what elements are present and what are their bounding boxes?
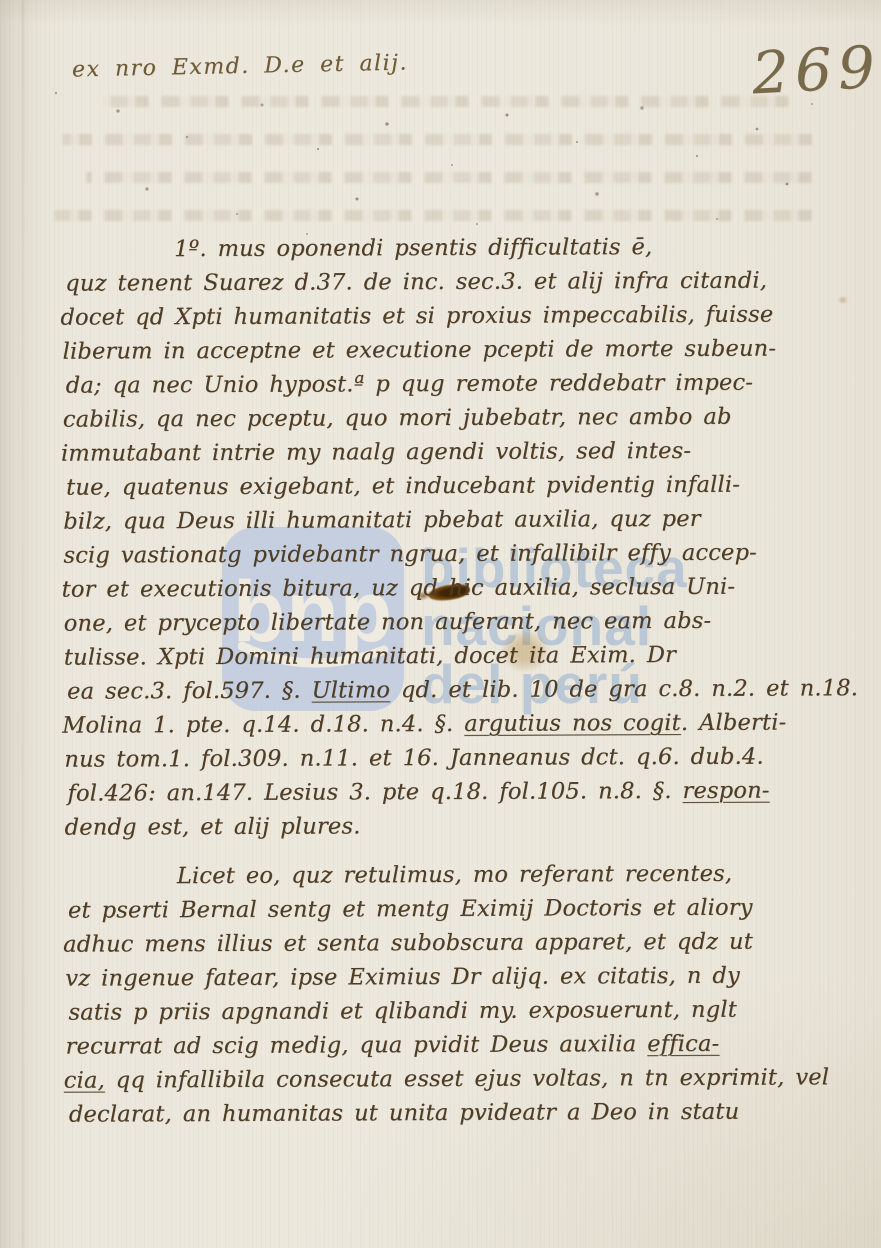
manuscript-line: nus tom.1. fol.309. n.11. et 16. Jannean… bbox=[64, 739, 820, 776]
manuscript-line: tor et executionis bitura, uz qd hic aux… bbox=[62, 569, 820, 606]
underlined-phrase: Ultimo bbox=[312, 677, 391, 703]
manuscript-text: 1º. mus oponendi psentis difficultatis ē… bbox=[62, 229, 822, 1131]
bleedthrough-line bbox=[86, 172, 811, 183]
edge-stain bbox=[838, 296, 848, 304]
header-note: ex nro Exmd. D.e et alij. bbox=[72, 50, 408, 82]
underlined-phrase: cia, bbox=[64, 1067, 105, 1093]
manuscript-page: bnp biblioteca nacional del perú ex nro … bbox=[0, 0, 881, 1248]
manuscript-line: 1º. mus oponendi psentis difficultatis ē… bbox=[62, 229, 818, 266]
folio-number: 269 bbox=[750, 33, 881, 108]
manuscript-line: adhuc mens illius et senta subobscura ap… bbox=[63, 924, 821, 961]
manuscript-line: da; qa nec Unio hypost.ª p qug remote re… bbox=[66, 365, 819, 402]
underlined-phrase: effica- bbox=[647, 1031, 719, 1057]
manuscript-line: immutabant intrie my naalg agendi voltis… bbox=[61, 433, 819, 470]
manuscript-line: quz tenent Suarez d.37. de inc. sec.3. e… bbox=[65, 263, 818, 300]
manuscript-line: one, et prycepto libertate non auferant,… bbox=[64, 603, 820, 640]
bleedthrough-line bbox=[55, 210, 812, 221]
underlined-phrase: argutius nos cogit bbox=[464, 710, 681, 737]
manuscript-line: tulisse. Xpti Domini humanitati, docet i… bbox=[64, 637, 820, 674]
bleedthrough-line bbox=[102, 96, 788, 107]
manuscript-line: liberum in acceptne et executione pcepti… bbox=[62, 331, 818, 368]
manuscript-line: vz ingenue fatear, ipse Eximius Dr alijq… bbox=[65, 958, 821, 995]
bleedthrough-text-block bbox=[55, 92, 835, 252]
manuscript-line: docet qd Xpti humanitatis et si proxius … bbox=[60, 297, 818, 334]
manuscript-line: cia, qq infallibila consecuta esset ejus… bbox=[64, 1060, 822, 1097]
manuscript-line: recurrat ad scig medig, qua pvidit Deus … bbox=[66, 1026, 822, 1063]
manuscript-line: dendg est, et alij plures. bbox=[65, 807, 821, 844]
manuscript-line: et pserti Bernal sentg et mentg Eximij D… bbox=[68, 890, 821, 927]
manuscript-line: Licet eo, quz retulimus, mo referant rec… bbox=[65, 856, 821, 893]
paper-fold-line bbox=[22, 0, 24, 1248]
ink-specks bbox=[55, 92, 57, 94]
bleedthrough-line bbox=[63, 134, 812, 145]
underlined-phrase: respon- bbox=[682, 778, 769, 804]
manuscript-line: satis p priis apgnandi et qlibandi my. e… bbox=[68, 992, 821, 1029]
manuscript-line: bilz, qua Deus illi humanitati pbebat au… bbox=[63, 501, 819, 538]
manuscript-line: ea sec.3. fol.597. §. Ultimo qd. et lib.… bbox=[67, 671, 820, 708]
paragraph: Licet eo, quz retulimus, mo referant rec… bbox=[65, 856, 822, 1131]
paragraph: 1º. mus oponendi psentis difficultatis ē… bbox=[62, 229, 821, 844]
manuscript-line: declarat, an humanitas ut unita pvideatr… bbox=[69, 1094, 822, 1131]
manuscript-line: tue, quatenus exigebant, et inducebant p… bbox=[66, 467, 819, 504]
manuscript-line: scig vastionatg pvidebantr ngrua, et inf… bbox=[63, 535, 819, 572]
manuscript-line: cabilis, qa nec pceptu, quo mori jubebat… bbox=[63, 399, 819, 436]
manuscript-line: fol.426: an.147. Lesius 3. pte q.18. fol… bbox=[67, 773, 820, 810]
manuscript-line: Molina 1. pte. q.14. d.18. n.4. §. argut… bbox=[62, 705, 820, 742]
